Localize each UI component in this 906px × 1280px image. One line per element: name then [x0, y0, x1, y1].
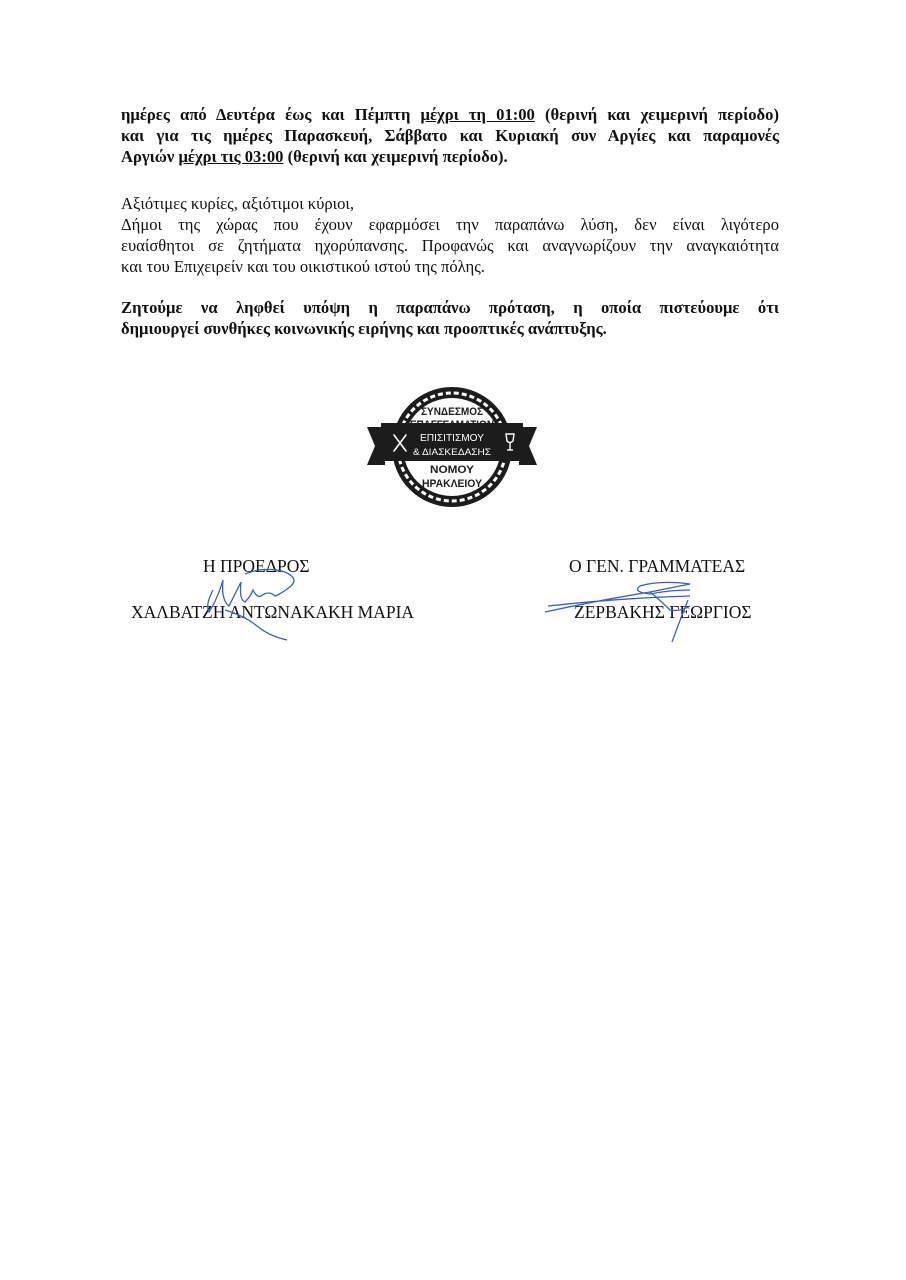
hours-line-1: ημέρες από Δευτέρα έως και Πέμπτη μέχρι … [121, 104, 779, 125]
opening-hours-paragraph: ημέρες από Δευτέρα έως και Πέμπτη μέχρι … [121, 104, 779, 167]
general-secretary-name: ΖΕΡΒΑΚΗΣ ΓΕΩΡΓΙΟΣ [574, 602, 752, 623]
association-logo: ΣΥΝΔΕΣΜΟΣ ΕΠΑΓΓΕΛΜΑΤΙΩΝ ΕΠΙΣΙΤΙΣΜΟΥ & ΔΙ… [367, 385, 537, 510]
request-paragraph: Ζητούμε να ληφθεί υπόψη η παραπάνω πρότα… [121, 297, 779, 339]
underlined-time-0100: μέχρι τη 01:00 [421, 105, 535, 124]
logo-line-1: ΣΥΝΔΕΣΜΟΣ [421, 406, 483, 418]
logo-line-3: ΕΠΙΣΙΤΙΣΜΟΥ [420, 433, 484, 444]
request-line-2: δημιουργεί συνθήκες κοινωνικής ειρήνης κ… [121, 318, 779, 339]
address-line-1: Δήμοι της χώρας που έχουν εφαρμόσει την … [121, 214, 779, 235]
logo-line-5: ΝΟΜΟΥ [430, 464, 475, 476]
text: ημέρες από Δευτέρα έως και Πέμπτη [121, 105, 421, 124]
hours-line-3: Αργιών μέχρι τις 03:00 (θερινή και χειμε… [121, 146, 779, 167]
president-title: Η ΠΡΟΕΔΡΟΣ [203, 556, 310, 577]
text: Αργιών [121, 147, 178, 166]
address-line-3: και του Επιχειρείν και του οικιστικού ισ… [121, 256, 779, 277]
salutation: Αξιότιμες κυρίες, αξιότιμοι κύριοι, [121, 193, 779, 214]
underlined-time-0300: μέχρι τις 03:00 [178, 147, 283, 166]
general-secretary-title: Ο ΓΕΝ. ΓΡΑΜΜΑΤΕΑΣ [569, 556, 745, 577]
president-name: ΧΑΛΒΑΤΖΗ ΑΝΤΩΝΑΚΑΚΗ ΜΑΡΙΑ [131, 602, 414, 623]
text: (θερινή και χειμερινή περίοδο). [283, 147, 507, 166]
document-page: ημέρες από Δευτέρα έως και Πέμπτη μέχρι … [0, 0, 906, 1280]
logo-line-6: ΗΡΑΚΛΕΙΟΥ [422, 478, 483, 490]
hours-line-2: και για τις ημέρες Παρασκευή, Σάββατο κα… [121, 125, 779, 146]
text: (θερινή και χειμερινή περίοδο) [535, 105, 779, 124]
logo-line-2: ΕΠΑΓΓΕΛΜΑΤΙΩΝ [410, 419, 494, 431]
request-line-1: Ζητούμε να ληφθεί υπόψη η παραπάνω πρότα… [121, 297, 779, 318]
address-line-2: ευαίσθητοι σε ζητήματα ηχορύπανσης. Προφ… [121, 235, 779, 256]
address-paragraph: Αξιότιμες κυρίες, αξιότιμοι κύριοι, Δήμο… [121, 193, 779, 277]
logo-line-4: & ΔΙΑΣΚΕΔΑΣΗΣ [413, 447, 491, 457]
